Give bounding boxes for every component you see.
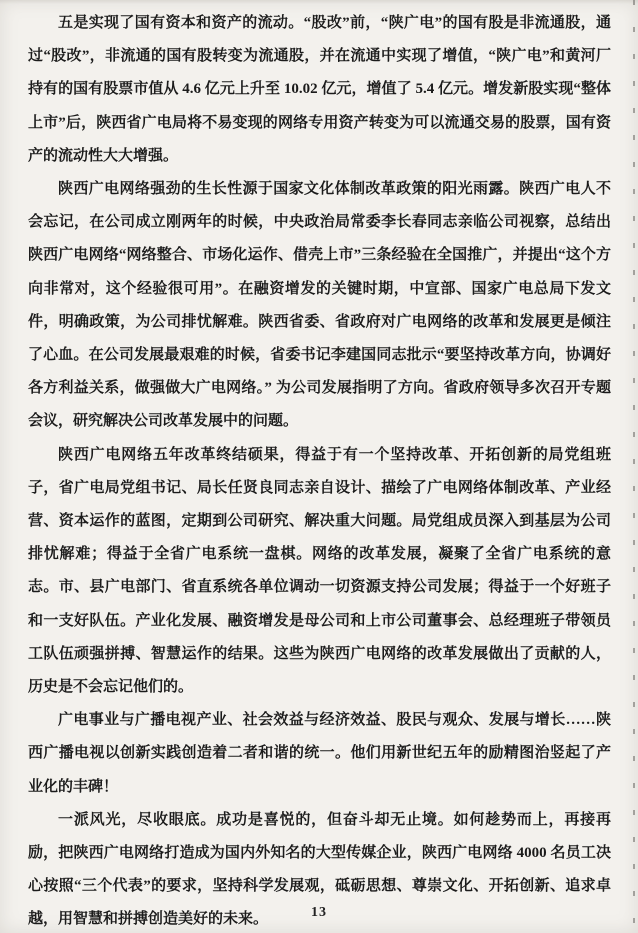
scan-edge-artifact xyxy=(633,0,635,933)
page-number: 13 xyxy=(0,905,638,921)
document-page: 五是实现了国有资本和资产的流动。“股改”前，“陕广电”的国有股是非流通股，通过“… xyxy=(0,0,638,933)
document-body: 五是实现了国有资本和资产的流动。“股改”前，“陕广电”的国有股是非流通股，通过“… xyxy=(28,7,611,933)
paragraph-1: 五是实现了国有资本和资产的流动。“股改”前，“陕广电”的国有股是非流通股，通过“… xyxy=(28,7,611,173)
scan-shade xyxy=(0,0,638,4)
paragraph-4: 广电事业与广播电视产业、社会效益与经济效益、股民与观众、发展与增长……陕西广播电… xyxy=(28,704,611,804)
paragraph-3: 陕西广电网络五年改革终结硕果，得益于有一个坚持改革、开拓创新的局党组班子，省广电… xyxy=(28,439,611,705)
paragraph-2: 陕西广电网络强劲的生长性源于国家文化体制改革政策的阳光雨露。陕西广电人不会忘记，… xyxy=(28,173,611,439)
